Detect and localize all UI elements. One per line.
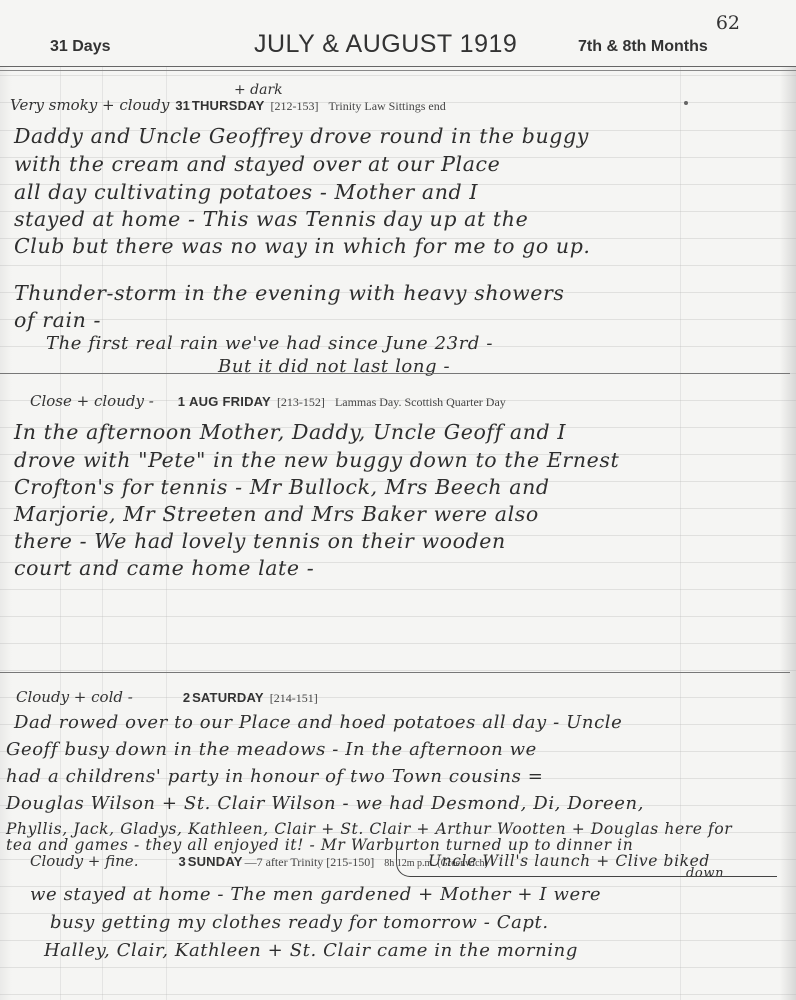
entry-line: Thunder-storm in the evening with heavy …: [14, 281, 565, 305]
day-header-aug-1: Close + cloudy - 1 AUG FRIDAY [213-152] …: [30, 392, 506, 410]
printed-note: Trinity Law Sittings end: [328, 99, 445, 114]
entry-line: Daddy and Uncle Geoffrey drove round in …: [14, 124, 589, 148]
entry-line: The first real rain we've had since June…: [46, 333, 493, 354]
entry-line: of rain -: [14, 308, 101, 332]
weather-note: Very smoky + cloudy: [10, 96, 169, 114]
entry-line: Club but there was no way in which for m…: [14, 234, 591, 258]
entry-line: Halley, Clair, Kathleen + St. Clair came…: [44, 940, 578, 961]
day-number: 1: [178, 394, 185, 409]
months-label: 7th & 8th Months: [578, 38, 708, 56]
entry-line: stayed at home - This was Tennis day up …: [14, 207, 528, 231]
entry-line: court and came home late -: [14, 556, 314, 580]
diary-page: 62 31 Days JULY & AUGUST 1919 7th & 8th …: [0, 0, 796, 1000]
weekday: THURSDAY: [192, 98, 265, 113]
day-of-year: [213-152]: [277, 395, 325, 410]
day-header-aug-2: Cloudy + cold - 2 SATURDAY [214-151]: [16, 688, 318, 706]
entry-line: Douglas Wilson + St. Clair Wilson - we h…: [6, 793, 644, 814]
day-of-year: —7 after Trinity [215-150]: [245, 855, 375, 870]
weekday: SUNDAY: [188, 854, 243, 869]
weather-note: Close + cloudy -: [30, 392, 154, 410]
entry-line: all day cultivating potatoes - Mother an…: [14, 180, 478, 204]
day-number: 31: [175, 98, 189, 113]
entry-line: Geoff busy down in the meadows - In the …: [6, 739, 537, 760]
entry-line: Crofton's for tennis - Mr Bullock, Mrs B…: [14, 475, 550, 499]
days-count: 31 Days: [50, 38, 111, 56]
weather-note: Cloudy + fine.: [30, 852, 138, 870]
entry-line: Dad rowed over to our Place and hoed pot…: [14, 712, 622, 733]
day-number: 2: [183, 690, 190, 705]
page-title: JULY & AUGUST 1919: [254, 30, 517, 59]
page-number: 62: [716, 12, 740, 34]
printed-note: Lammas Day. Scottish Quarter Day: [335, 395, 506, 410]
day-of-year: [214-151]: [270, 691, 318, 706]
entry-line: there - We had lovely tennis on their wo…: [14, 529, 506, 553]
weekday: SATURDAY: [192, 690, 264, 705]
weekday: FRIDAY: [223, 394, 271, 409]
ink-bracket: [396, 850, 777, 877]
header-divider: [0, 66, 796, 71]
day-header-jul-31: Very smoky + cloudy 31 THURSDAY [212-153…: [10, 96, 446, 114]
entry-line: busy getting my clothes ready for tomorr…: [50, 912, 549, 933]
entry-line: had a childrens' party in honour of two …: [6, 766, 543, 787]
entry-line: drove with "Pete" in the new buggy down …: [14, 448, 619, 472]
day-of-year: [212-153]: [270, 99, 318, 114]
entry-line: with the cream and stayed over at our Pl…: [14, 152, 500, 176]
entry-line: Marjorie, Mr Streeten and Mrs Baker were…: [14, 502, 539, 526]
month-abbrev: AUG: [189, 394, 219, 409]
entry-line: we stayed at home - The men gardened + M…: [30, 884, 601, 905]
weather-note: Cloudy + cold -: [16, 688, 133, 706]
day-number: 3: [178, 854, 185, 869]
ink-dot: [684, 101, 688, 105]
entry-line: In the afternoon Mother, Daddy, Uncle Ge…: [14, 420, 566, 444]
day-separator: [0, 373, 790, 374]
day-separator: [0, 672, 790, 673]
